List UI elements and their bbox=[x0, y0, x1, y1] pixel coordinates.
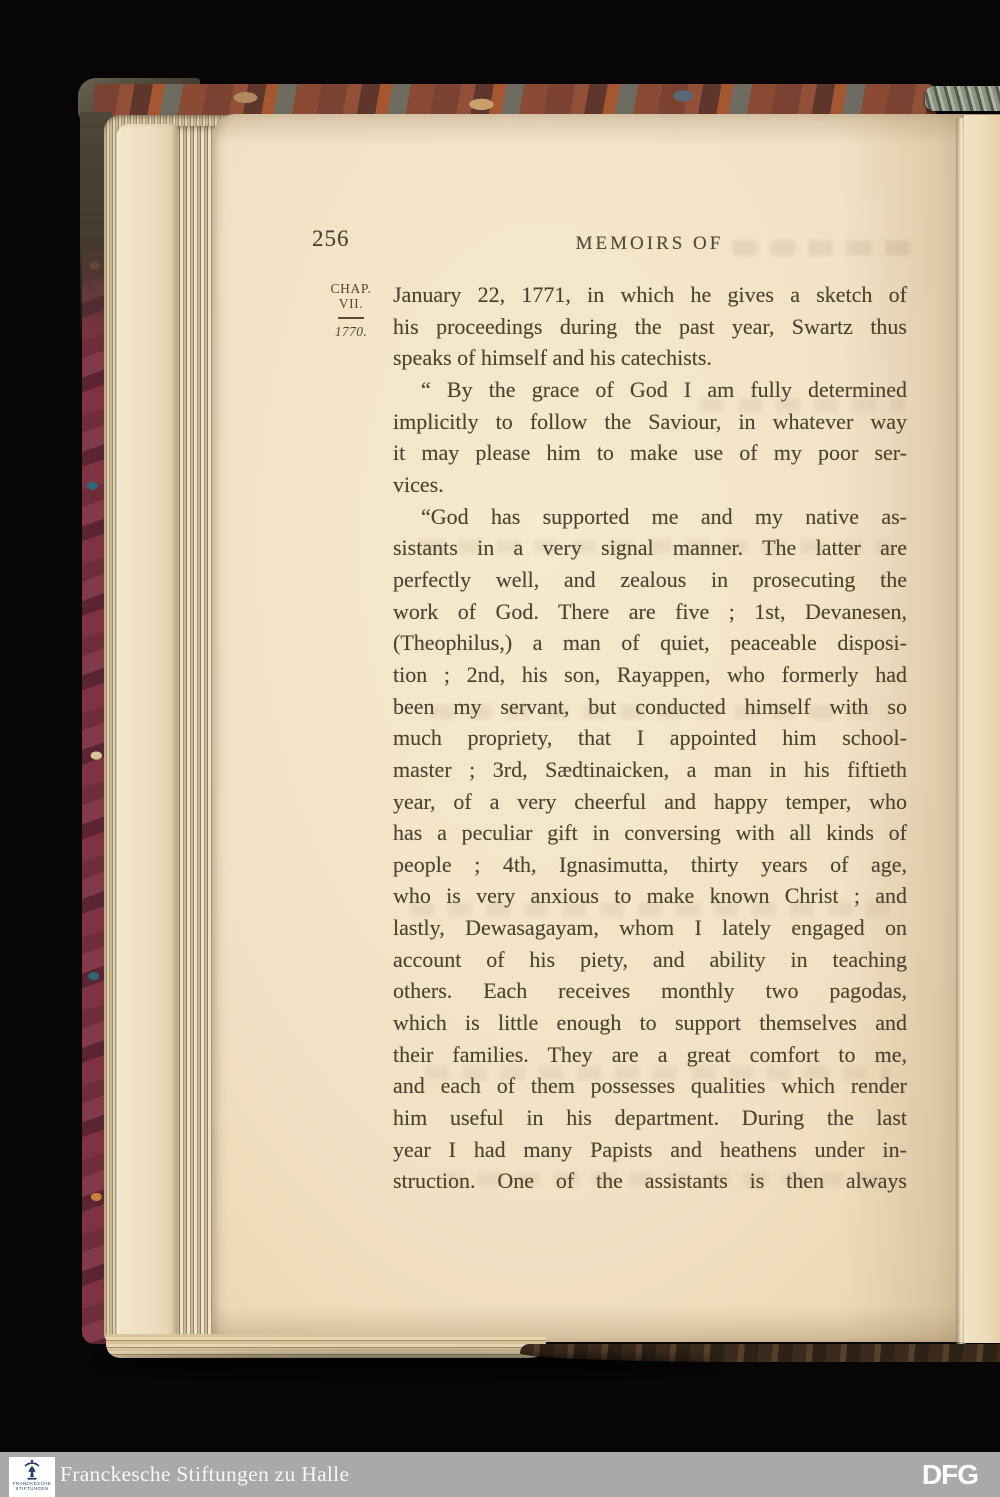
text-line: sistants in a very signal manner. The la… bbox=[393, 532, 907, 564]
chapter-label: CHAP. bbox=[319, 281, 383, 296]
text-line: has a peculiar gift in conversing with a… bbox=[393, 817, 907, 849]
text-line: work of God. There are five ; 1st, Devan… bbox=[393, 596, 907, 628]
logo-text-line2: STIFTUNGEN bbox=[15, 1486, 48, 1491]
text-line: perfectly well, and zealous in prosecuti… bbox=[393, 564, 907, 596]
text-line: January 22, 1771, in which he gives a sk… bbox=[393, 279, 907, 311]
book-headband bbox=[925, 86, 1000, 111]
text-line: which is little enough to support themse… bbox=[393, 1007, 907, 1039]
text-line: year, of a very cheerful and happy tempe… bbox=[393, 786, 907, 818]
franckesche-stiftungen-logo: FRANCKESCHE STIFTUNGEN bbox=[9, 1457, 55, 1497]
text-line: speaks of himself and his catechists. bbox=[393, 342, 907, 374]
page-number: 256 bbox=[312, 226, 350, 252]
text-line: “God has supported me and my native as- bbox=[393, 501, 907, 533]
body-text: January 22, 1771, in which he gives a sk… bbox=[393, 279, 907, 1197]
text-line: “ By the grace of God I am fully determi… bbox=[393, 374, 907, 406]
text-line: year I had many Papists and heathens und… bbox=[393, 1134, 907, 1166]
text-line: him useful in his department. During the… bbox=[393, 1102, 907, 1134]
text-line: master ; 3rd, Sædtinaicken, a man in his… bbox=[393, 754, 907, 786]
margin-note-rule bbox=[338, 317, 364, 319]
text-line: tion ; 2nd, his son, Rayappen, who forme… bbox=[393, 659, 907, 691]
chapter-numeral: VII. bbox=[319, 296, 383, 311]
text-line: lastly, Dewasagayam, whom I lately engag… bbox=[393, 912, 907, 944]
text-line: his proceedings during the past year, Sw… bbox=[393, 311, 907, 343]
text-line: it may please him to make use of my poor… bbox=[393, 437, 907, 469]
running-header: MEMOIRS OF bbox=[393, 233, 906, 255]
margin-note-year: 1770. bbox=[319, 324, 383, 339]
text-line: others. Each receives monthly two pagoda… bbox=[393, 975, 907, 1007]
lifted-page-edge bbox=[117, 124, 177, 1342]
text-line: vices. bbox=[393, 469, 907, 501]
eagle-sun-icon bbox=[20, 1459, 44, 1481]
text-line: (Theophilus,) a man of quiet, peaceable … bbox=[393, 627, 907, 659]
text-line: implicitly to follow the Saviour, in wha… bbox=[393, 406, 907, 438]
text-line: people ; 4th, Ignasimutta, thirty years … bbox=[393, 849, 907, 881]
scan-viewer: 256 MEMOIRS OF CHAP. VII. 1770. January … bbox=[0, 0, 1000, 1497]
margin-note: CHAP. VII. 1770. bbox=[319, 281, 383, 339]
text-line: been my servant, but conducted himself w… bbox=[393, 691, 907, 723]
book-cover-top-edge bbox=[94, 84, 936, 118]
text-line: who is very anxious to make known Christ… bbox=[393, 880, 907, 912]
text-line: account of his piety, and ability in tea… bbox=[393, 944, 907, 976]
text-line: struction. One of the assistants is then… bbox=[393, 1165, 907, 1197]
text-line: much propriety, that I appointed him sch… bbox=[393, 722, 907, 754]
text-line: and each of them possesses qualities whi… bbox=[393, 1070, 907, 1102]
book-shadow bbox=[100, 1354, 720, 1370]
facing-page-sliver bbox=[964, 115, 1000, 1343]
institution-name: Franckesche Stiftungen zu Halle bbox=[60, 1452, 349, 1497]
dfg-logo: DFG bbox=[922, 1452, 978, 1497]
text-line: their families. They are a great comfort… bbox=[393, 1039, 907, 1071]
